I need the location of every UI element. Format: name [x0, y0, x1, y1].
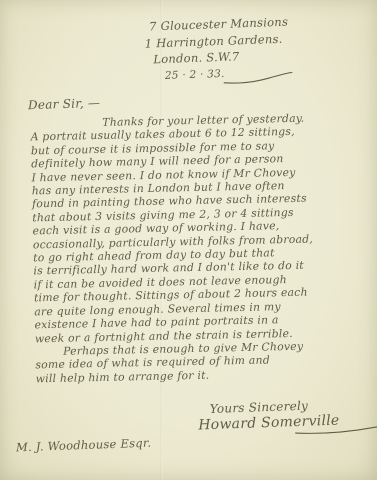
closing-block: Yours Sincerely Howard Somerville — [198, 398, 340, 434]
date-underline-flourish-icon — [223, 71, 293, 85]
letter-date: 25 · 2 · 33. — [165, 63, 290, 84]
sender-address-block: 7 Gloucester Mansions 1 Harrington Garde… — [149, 14, 290, 85]
salutation: Dear Sir, — — [28, 96, 101, 113]
letter-date-text: 25 · 2 · 33. — [165, 67, 225, 81]
scanned-letter-page: 7 Gloucester Mansions 1 Harrington Garde… — [0, 0, 377, 480]
letter-body: Thanks for your letter of yesterday. A p… — [30, 111, 356, 386]
recipient-name: M. J. Woodhouse Esqr. — [16, 436, 152, 455]
